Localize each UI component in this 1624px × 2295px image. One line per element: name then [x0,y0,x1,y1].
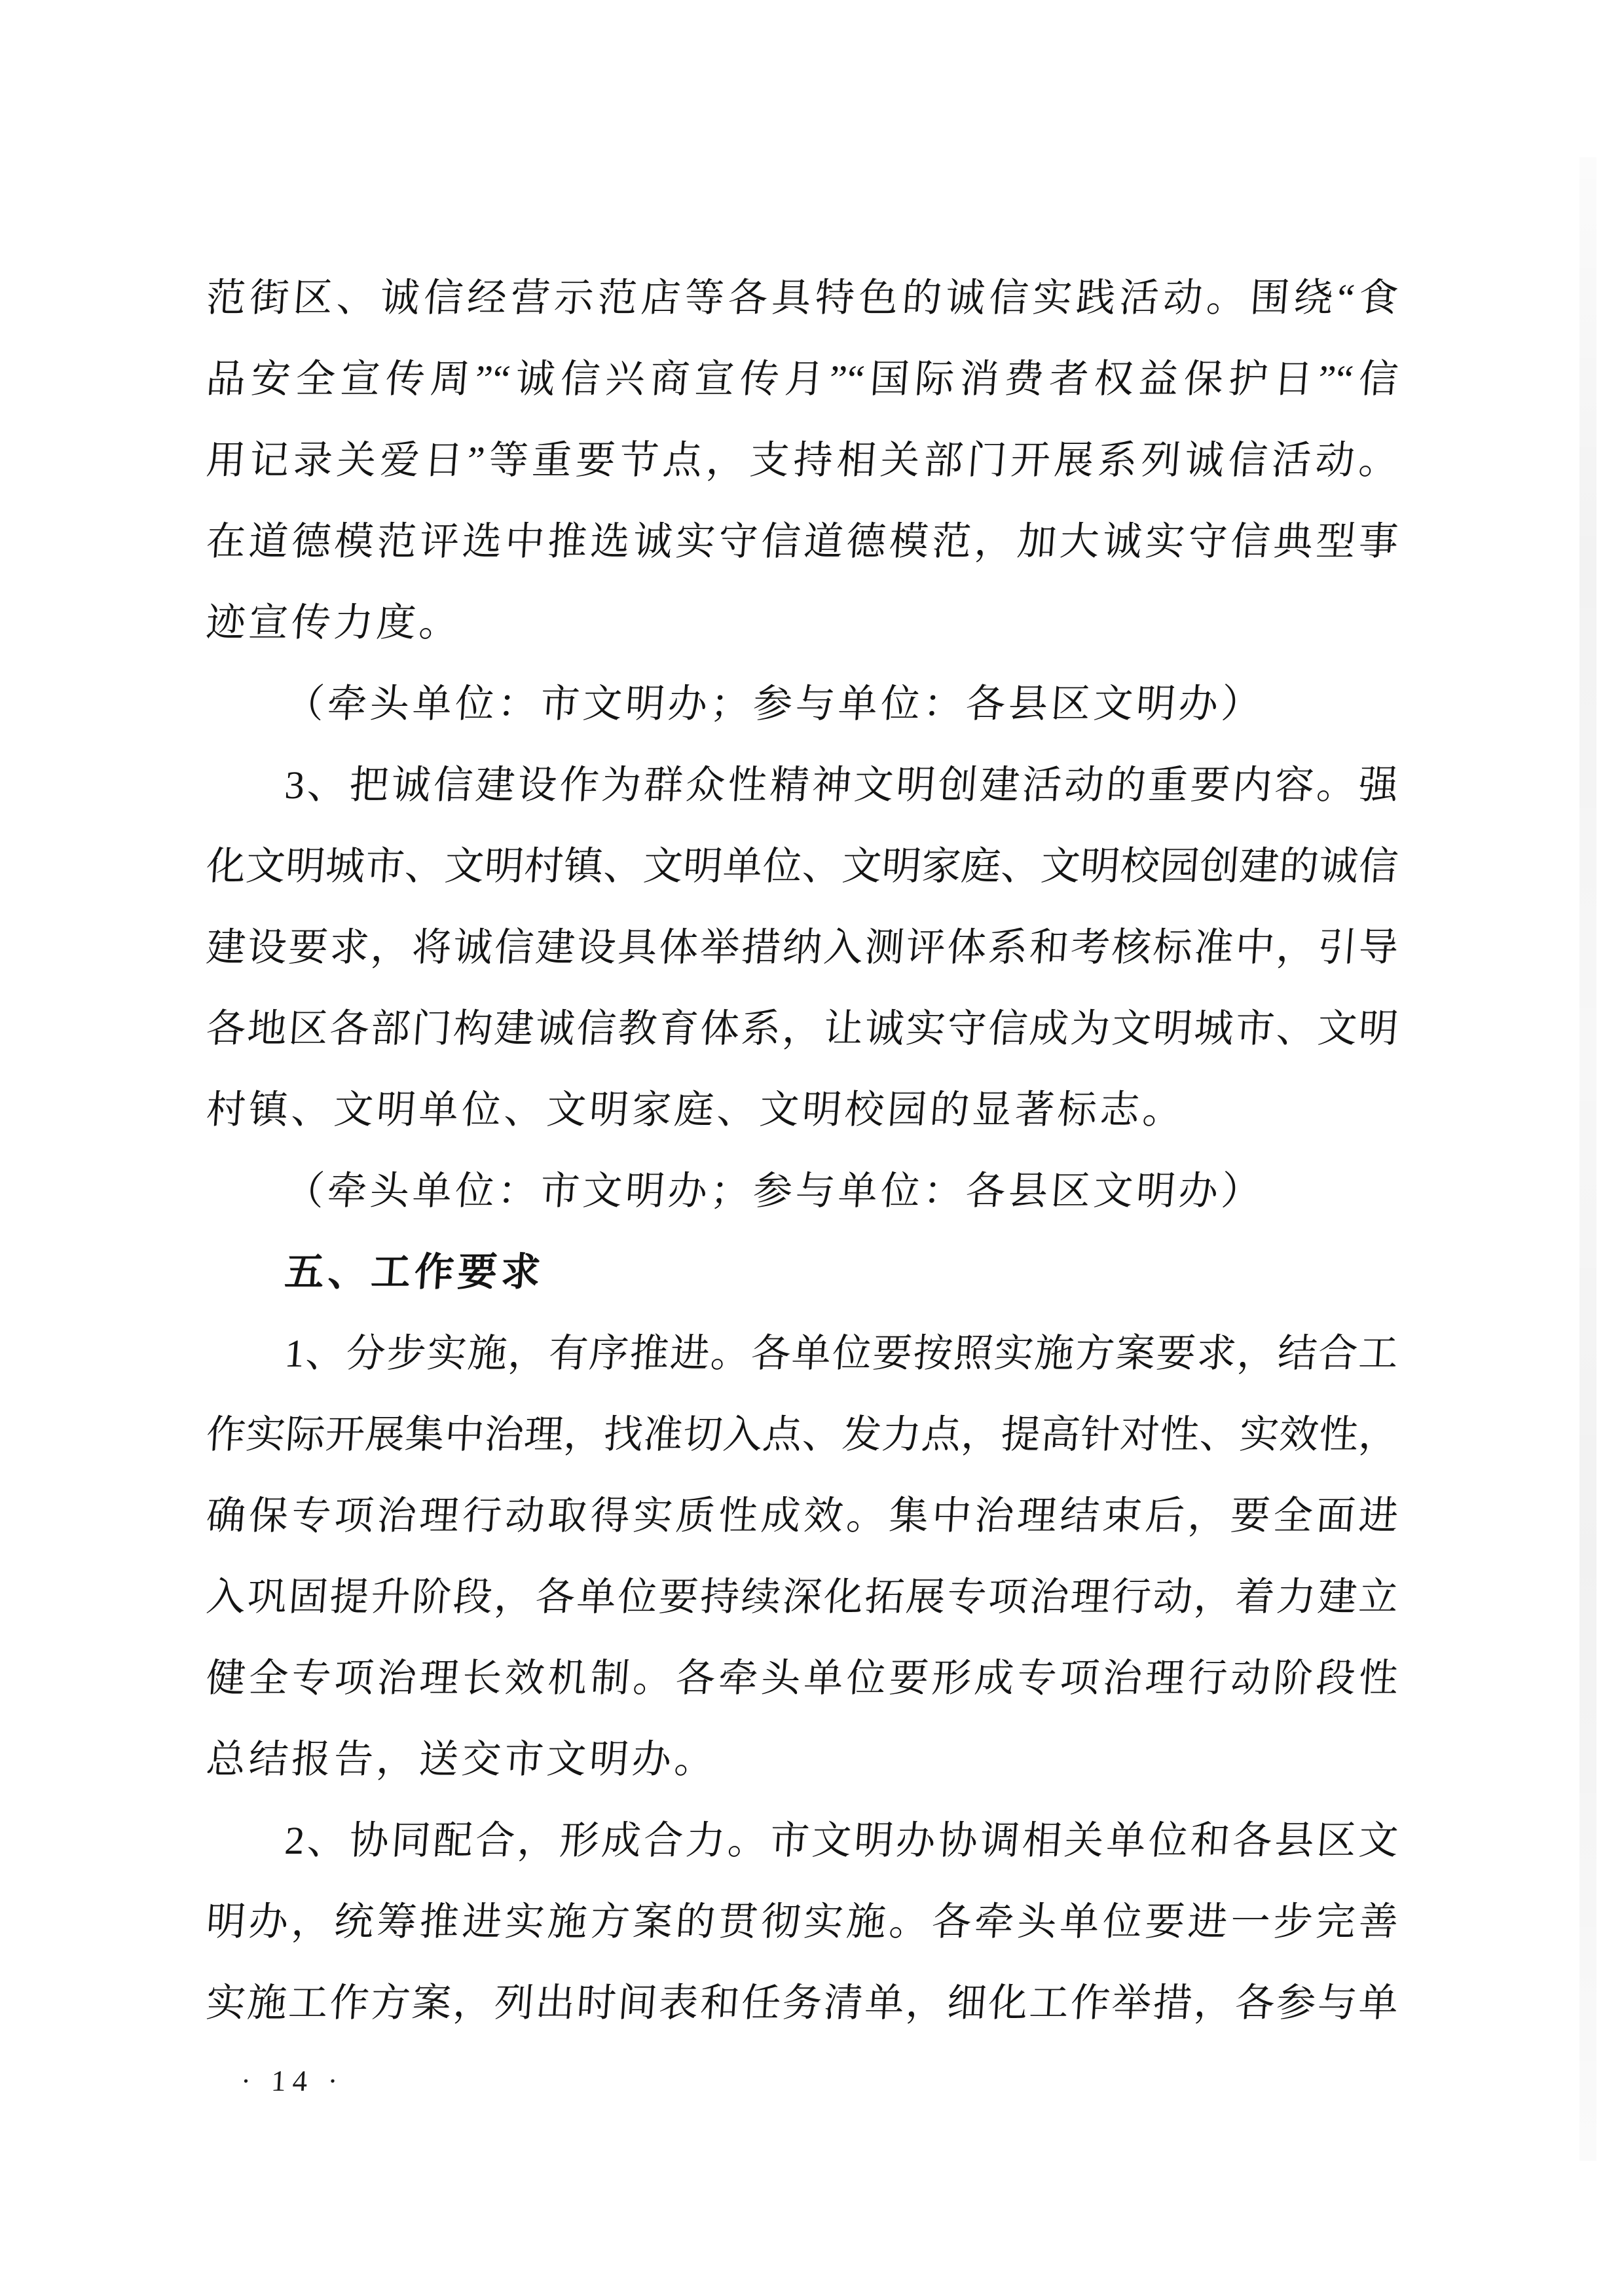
text-line: 范街区、诚信经营示范店等各具特色的诚信实践活动。围绕“食 [204,257,1401,339]
text-line: 作实际开展集中治理，找准切入点、发力点，提高针对性、实效性， [204,1394,1401,1475]
text-line: 2、协同配合，形成合力。市文明办协调相关单位和各县区文 [204,1800,1401,1881]
text-line: 明办，统筹推进实施方案的贯彻实施。各牵头单位要进一步完善 [204,1881,1401,1962]
scan-artifact [1579,157,1596,2161]
text-line: 健全专项治理长效机制。各牵头单位要形成专项治理行动阶段性 [204,1638,1401,1719]
text-line: 确保专项治理行动取得实质性成效。集中治理结束后，要全面进 [204,1475,1401,1556]
text-line: 用记录关爱日”等重要节点，支持相关部门开展系列诚信活动。 [204,420,1401,501]
text-line: 总结报告，送交市文明办。 [204,1719,1401,1800]
body-text: 范街区、诚信经营示范店等各具特色的诚信实践活动。围绕“食 品安全宣传周”“诚信兴… [206,257,1398,2044]
text-line: 建设要求，将诚信建设具体举措纳入测评体系和考核标准中，引导 [204,907,1401,988]
text-line: 实施工作方案，列出时间表和任务清单，细化工作举措，各参与单 [204,1962,1401,2044]
text-line: 迹宣传力度。 [204,582,1401,663]
text-line: 在道德模范评选中推选诚实守信道德模范，加大诚实守信典型事 [204,501,1401,582]
text-line: 各地区各部门构建诚信教育体系，让诚实守信成为文明城市、文明 [204,988,1401,1069]
text-line: 3、把诚信建设作为群众性精神文明创建活动的重要内容。强 [204,744,1401,826]
page-number: · 14 · [240,2061,345,2101]
section-heading: 五、工作要求 [204,1232,1401,1313]
text-line: 品安全宣传周”“诚信兴商宣传月”“国际消费者权益保护日”“信 [204,339,1401,420]
text-line: 入巩固提升阶段，各单位要持续深化拓展专项治理行动，着力建立 [204,1556,1401,1638]
text-line: 化文明城市、文明村镇、文明单位、文明家庭、文明校园创建的诚信 [204,826,1401,907]
lead-unit-note: （牵头单位：市文明办；参与单位：各县区文明办） [204,663,1401,744]
text-line: 村镇、文明单位、文明家庭、文明校园的显著标志。 [204,1069,1401,1150]
text-line: 1、分步实施，有序推进。各单位要按照实施方案要求，结合工 [204,1313,1401,1394]
scanned-document-page: 范街区、诚信经营示范店等各具特色的诚信实践活动。围绕“食 品安全宣传周”“诚信兴… [0,0,1624,2295]
lead-unit-note: （牵头单位：市文明办；参与单位：各县区文明办） [204,1150,1401,1232]
